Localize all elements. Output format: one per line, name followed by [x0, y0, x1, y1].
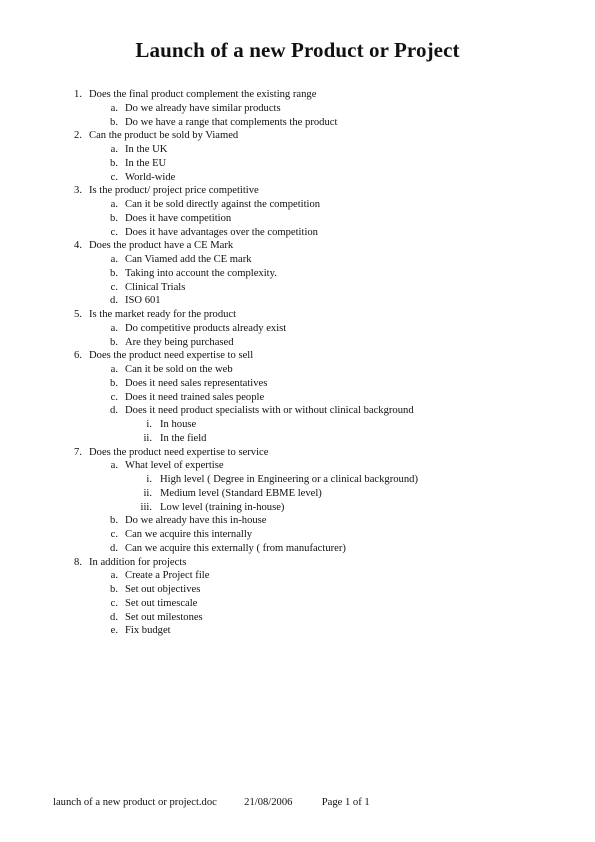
item-number: ii.: [143, 487, 152, 501]
item-text: Do we already have this in-house: [125, 514, 267, 528]
item-number: d.: [110, 404, 118, 418]
item-number: a.: [111, 198, 118, 212]
item-number: b.: [110, 583, 118, 597]
item-text: Are they being purchased: [125, 336, 234, 350]
item-number: a.: [111, 363, 118, 377]
page-footer: launch of a new product or project.doc 2…: [53, 797, 370, 808]
item-number: c.: [111, 597, 118, 611]
item-number: b.: [110, 514, 118, 528]
item-number: b.: [110, 377, 118, 391]
item-text: In the field: [160, 432, 206, 446]
item-number: i.: [146, 418, 152, 432]
item-number: 1.: [74, 88, 82, 102]
item-number: a.: [111, 143, 118, 157]
item-number: 6.: [74, 349, 82, 363]
item-text: Low level (training in-house): [160, 501, 284, 515]
item-number: c.: [111, 281, 118, 295]
item-text: Do we already have similar products: [125, 102, 281, 116]
item-number: a.: [111, 569, 118, 583]
item-number: 7.: [74, 446, 82, 460]
item-number: b.: [110, 212, 118, 226]
item-text: Do we have a range that complements the …: [125, 116, 337, 130]
item-text: Set out objectives: [125, 583, 200, 597]
item-number: b.: [110, 267, 118, 281]
item-number: 3.: [74, 184, 82, 198]
item-text: Does the product have a CE Mark: [89, 239, 233, 253]
item-text: Can we acquire this externally ( from ma…: [125, 542, 346, 556]
item-text: Can it be sold on the web: [125, 363, 233, 377]
item-text: Does it need trained sales people: [125, 391, 264, 405]
item-text: Does the product need expertise to sell: [89, 349, 253, 363]
item-text: Set out timescale: [125, 597, 197, 611]
item-text: Does the final product complement the ex…: [89, 88, 316, 102]
item-text: In addition for projects: [89, 556, 186, 570]
item-text: Fix budget: [125, 624, 171, 638]
item-text: Do competitive products already exist: [125, 322, 286, 336]
item-text: Medium level (Standard EBME level): [160, 487, 322, 501]
item-number: iii.: [141, 501, 152, 515]
item-text: World-wide: [125, 171, 175, 185]
item-text: In the EU: [125, 157, 166, 171]
item-text: Is the market ready for the product: [89, 308, 236, 322]
item-number: 2.: [74, 129, 82, 143]
item-text: Does it need product specialists with or…: [125, 404, 414, 418]
item-text: Set out milestones: [125, 611, 203, 625]
item-text: Taking into account the complexity.: [125, 267, 277, 281]
item-number: i.: [146, 473, 152, 487]
item-number: 4.: [74, 239, 82, 253]
item-number: c.: [111, 391, 118, 405]
item-text: Can we acquire this internally: [125, 528, 252, 542]
item-text: Can Viamed add the CE mark: [125, 253, 252, 267]
item-text: Does it have advantages over the competi…: [125, 226, 318, 240]
item-text: Clinical Trials: [125, 281, 185, 295]
item-number: a.: [111, 459, 118, 473]
item-text: In house: [160, 418, 196, 432]
item-text: Does it need sales representatives: [125, 377, 267, 391]
item-number: b.: [110, 116, 118, 130]
footer-page-number: Page 1 of 1: [322, 797, 370, 808]
item-number: c.: [111, 226, 118, 240]
item-number: e.: [111, 624, 118, 638]
item-text: Is the product/ project price competitiv…: [89, 184, 259, 198]
item-number: c.: [111, 171, 118, 185]
item-text: Can the product be sold by Viamed: [89, 129, 238, 143]
item-number: 5.: [74, 308, 82, 322]
item-number: b.: [110, 336, 118, 350]
item-text: In the UK: [125, 143, 167, 157]
item-number: d.: [110, 542, 118, 556]
item-text: Does the product need expertise to servi…: [89, 446, 268, 460]
item-number: c.: [111, 528, 118, 542]
footer-filename: launch of a new product or project.doc: [53, 797, 217, 808]
item-number: b.: [110, 157, 118, 171]
item-number: d.: [110, 611, 118, 625]
item-number: d.: [110, 294, 118, 308]
item-number: ii.: [143, 432, 152, 446]
item-text: High level ( Degree in Engineering or a …: [160, 473, 418, 487]
item-text: Create a Project file: [125, 569, 209, 583]
item-text: Can it be sold directly against the comp…: [125, 198, 320, 212]
item-text: ISO 601: [125, 294, 161, 308]
item-number: a.: [111, 253, 118, 267]
document-title: Launch of a new Product or Project: [0, 38, 595, 63]
item-text: Does it have competition: [125, 212, 231, 226]
item-number: a.: [111, 102, 118, 116]
item-text: What level of expertise: [125, 459, 224, 473]
item-number: a.: [111, 322, 118, 336]
footer-date: 21/08/2006: [244, 797, 292, 808]
item-number: 8.: [74, 556, 82, 570]
